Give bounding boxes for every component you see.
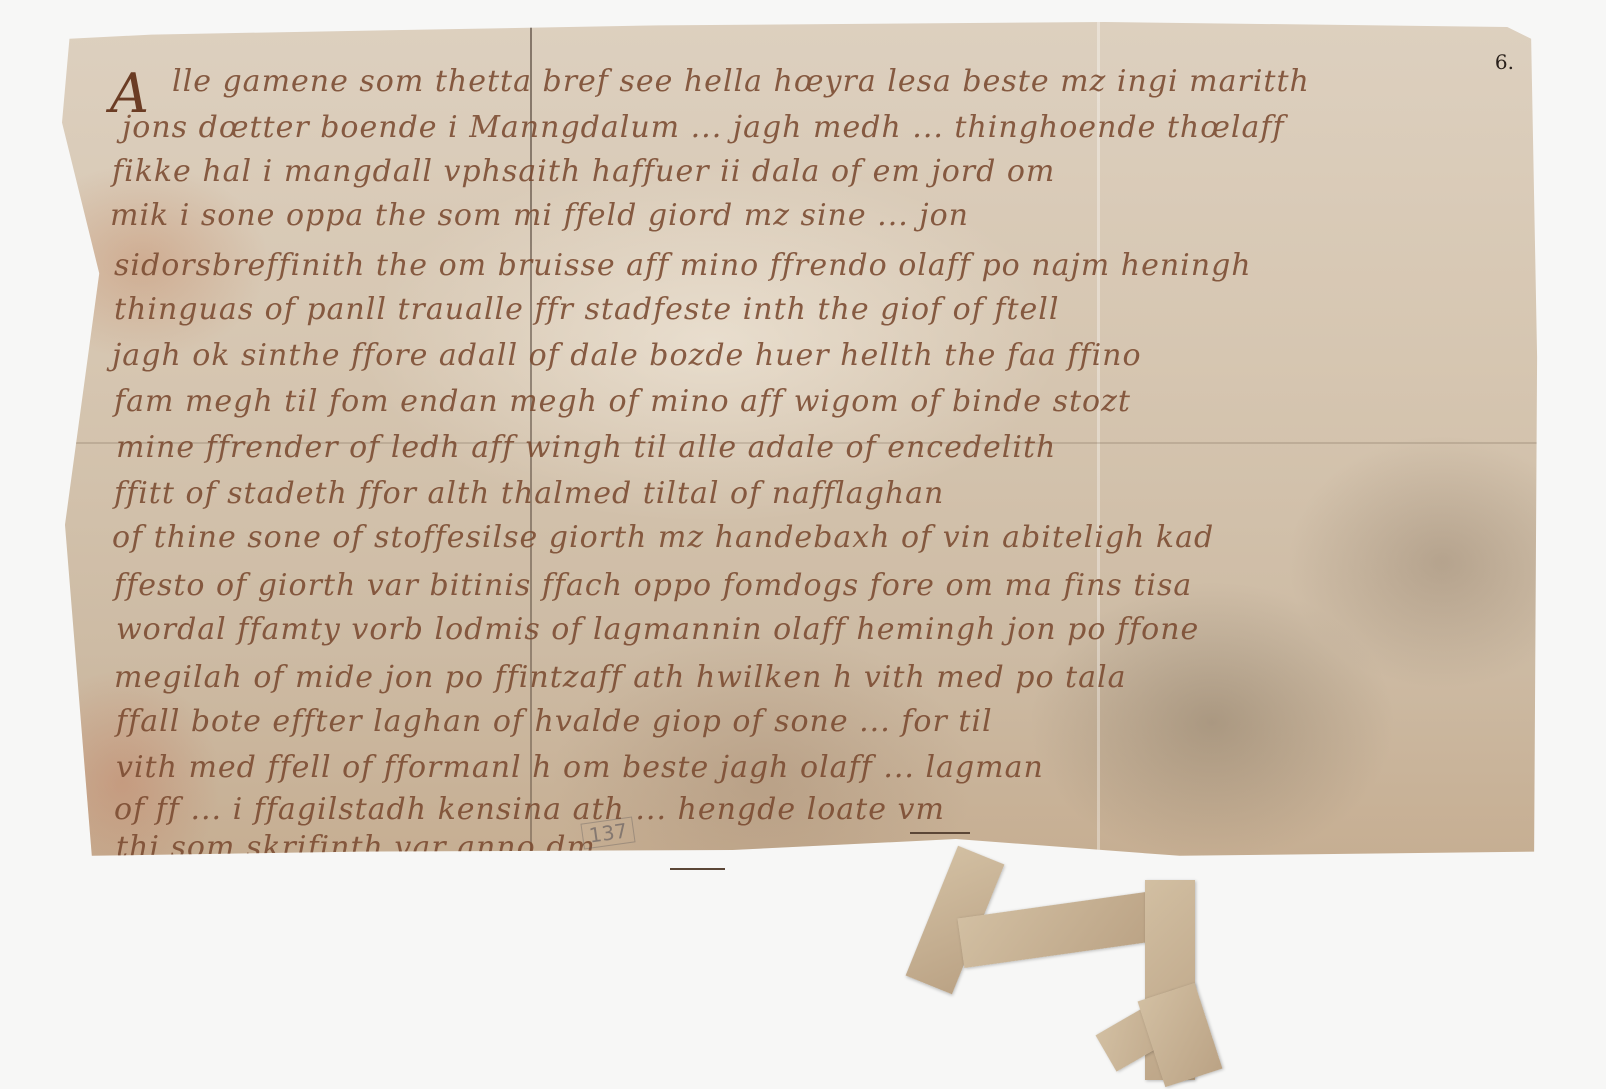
parchment-sheet: 6. A lle gamene som thetta bref see hell… — [62, 22, 1552, 860]
text-line: mine ffrender of ledh aff wingh til alle… — [116, 430, 1056, 465]
text-line: sidorsbreffinith the om bruisse aff mino… — [114, 248, 1252, 283]
text-line: fam megh til fom endan megh of mino aff … — [114, 384, 1131, 419]
folio-number: 6. — [1495, 50, 1514, 74]
vertical-fold-line — [1097, 22, 1100, 860]
text-line: jagh ok sinthe ffore adall of dale bozde… — [112, 338, 1142, 373]
text-line: ffitt of stadeth ffor alth thalmed tilta… — [114, 476, 944, 511]
text-line: lle gamene som thetta bref see hella hœy… — [172, 64, 1310, 99]
text-line: ffesto of giorth var bitinis ffach oppo … — [114, 568, 1192, 603]
text-line: mik i sone oppa the som mi ffeld giord m… — [110, 198, 969, 233]
seal-slit — [670, 868, 725, 870]
text-line: of ff ... i ffagilstadh kensina ath ... … — [114, 792, 945, 827]
text-line: ffall bote effter laghan of hvalde giop … — [116, 704, 993, 739]
text-line: megilah of mide jon po ffintzaff ath hwi… — [114, 660, 1126, 695]
text-line: fikke hal i mangdall vphsaith haffuer ii… — [112, 154, 1055, 189]
text-line: thi som skrifinth var anno dm ... — [116, 830, 638, 865]
text-line: wordal ffamty vorb lodmis of lagmannin o… — [116, 612, 1199, 647]
text-line: of thine sone of stoffesilse giorth mz h… — [112, 520, 1214, 555]
seal-slit — [910, 832, 970, 834]
text-line: jons dœtter boende i Manngdalum ... jagh… — [122, 110, 1285, 145]
text-line: vith med ffell of fformanl h om beste ja… — [116, 750, 1044, 785]
text-line: thinguas of panll traualle ffr stadfeste… — [114, 292, 1059, 327]
